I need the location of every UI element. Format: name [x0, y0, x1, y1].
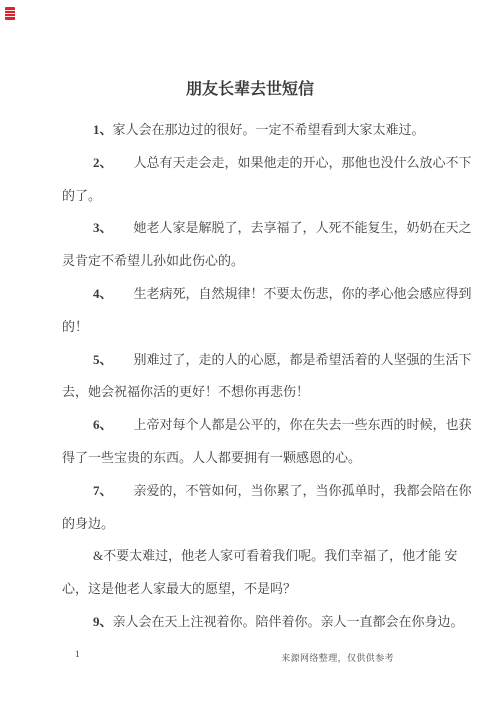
paragraph-text: 上帝对每个人都是公平的，你在失去一些东西的时候，也获: [134, 417, 472, 432]
paragraph-text: 生老病死，自然規律！不要太伤悲，你的孝心他会感应得到: [134, 286, 472, 301]
footer-note: 来源网络整理，仅供供参考: [281, 651, 394, 664]
paragraph-line: 的了。: [62, 180, 440, 213]
paragraph-line: 心，这是他老人家最大的愿望，不是吗？: [62, 573, 440, 606]
paragraph-text: 亲爱的，不管如何，当你累了，当你孤单时，我都会陪在你: [134, 483, 472, 498]
paragraph-line: 6、上帝对每个人都是公平的，你在失去一些东西的时候，也获: [62, 409, 440, 442]
paragraph-text: 家人会在那边过的很好。一定不希望看到大家太难过。: [113, 122, 425, 137]
page-number: 1: [75, 649, 80, 659]
paragraph-line: 9、亲人会在天上注视着你。陪伴着你。亲人一直都会在你身边。: [62, 606, 440, 639]
paragraph-line: 5、别难过了，走的人的心愿，都是希望活着的人坚强的生活下: [62, 344, 440, 377]
paragraph-line: 1、家人会在那边过的很好。一定不希望看到大家太难过。: [62, 114, 440, 147]
list-number: 3、: [93, 220, 113, 235]
paragraph-line: 去，她会祝福你活的更好！不想你再悲伤！: [62, 376, 440, 409]
paragraph-text: 亲人会在天上注视着你。陪伴着你。亲人一直都会在你身边。: [113, 614, 464, 629]
list-number: 2、: [93, 155, 113, 170]
paragraph-line: 3、她老人家是解脱了，去享福了，人死不能复生，奶奶在天之: [62, 212, 440, 245]
document-page: 朋友长辈去世短信 1、家人会在那边过的很好。一定不希望看到大家太难过。 2、人总…: [0, 0, 500, 708]
paragraph-text: 别难过了，走的人的心愿，都是希望活着的人坚强的生活下: [134, 352, 472, 367]
paragraph-line: 得了一些宝贵的东西。人人都要拥有一颗感恩的心。: [62, 442, 440, 475]
red-watermark-logo-icon: [5, 7, 15, 20]
paragraph-line: &不要太难过，他老人家可看着我们呢。我们幸福了，他才能 安: [62, 540, 440, 573]
paragraph-line: 的！: [62, 311, 440, 344]
paragraph-line: 4、生老病死，自然規律！不要太伤悲，你的孝心他会感应得到: [62, 278, 440, 311]
paragraph-line: 7、亲爱的，不管如何，当你累了，当你孤单时，我都会陪在你: [62, 475, 440, 508]
list-number: 1、: [93, 122, 113, 137]
list-number: 7、: [93, 483, 113, 498]
document-title: 朋友长辈去世短信: [0, 80, 500, 100]
paragraph-line: 的身边。: [62, 508, 440, 541]
list-number: 6、: [93, 417, 113, 432]
paragraph-text: 人总有天走会走，如果他走的开心，那他也没什么放心不下: [134, 155, 472, 170]
paragraph-line: 2、人总有天走会走，如果他走的开心，那他也没什么放心不下: [62, 147, 440, 180]
list-number: 9、: [93, 614, 113, 629]
paragraph-text: 她老人家是解脱了，去享福了，人死不能复生，奶奶在天之: [134, 220, 472, 235]
list-number: 5、: [93, 352, 113, 367]
paragraph-line: 灵肯定不希望儿孙如此伤心的。: [62, 245, 440, 278]
list-number: 4、: [93, 286, 113, 301]
document-body: 1、家人会在那边过的很好。一定不希望看到大家太难过。 2、人总有天走会走，如果他…: [62, 114, 440, 639]
